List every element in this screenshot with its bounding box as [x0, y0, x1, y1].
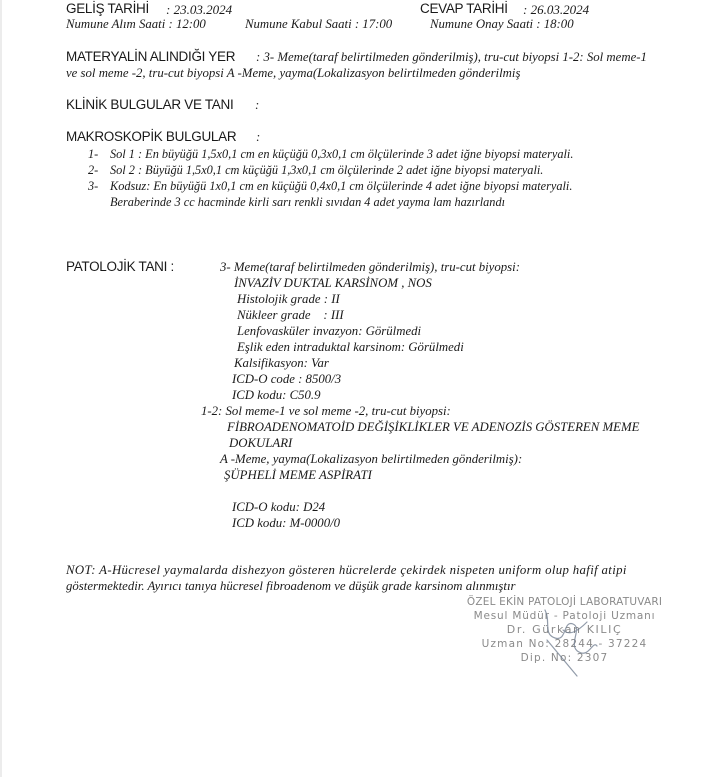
- numune-onay-saati: Numune Onay Saati : 18:00: [430, 17, 574, 32]
- materyal-label: MATERYALİN ALINDIĞI YER: [66, 49, 235, 64]
- diagnosis-line: A -Meme, yayma(Lokalizasyon belirtilmede…: [220, 452, 522, 467]
- item-number: 3-: [88, 179, 110, 194]
- note-line-1: NOT: A-Hücresel yaymalarda dishezyon gös…: [66, 563, 627, 578]
- makroskopik-colon: :: [256, 130, 260, 145]
- numune-alim-saati: Numune Alım Saati : 12:00: [66, 17, 206, 32]
- klinik-bulgular-value: :: [255, 98, 259, 113]
- makroskopik-item: 3-Kodsuz: En büyüğü 1x0,1 cm en küçüğü 0…: [88, 179, 572, 194]
- icd-o-kodu: ICD-O kodu: D24: [232, 500, 325, 515]
- item-text: Sol 2 : Büyüğü 1,5x0,1 cm küçüğü 1,3x0,1…: [110, 163, 543, 177]
- stamp-doctor-name: Dr. Gürkan KILIÇ: [457, 623, 672, 637]
- diagnosis-line: Nükleer grade : III: [237, 308, 344, 323]
- diagnosis-line: 3- Meme(taraf belirtilmeden gönderilmiş)…: [220, 260, 520, 275]
- diagnosis-line: FİBROADENOMATOİD DEĞİŞİKLİKLER VE ADENOZ…: [227, 420, 639, 435]
- cevap-tarihi-label: CEVAP TARİHİ: [420, 1, 508, 16]
- materyal-line-2: ve sol meme -2, tru-cut biyopsi A -Meme,…: [66, 66, 520, 81]
- materyal-line-1: : 3- Meme(taraf belirtilmeden gönderilmi…: [256, 50, 647, 65]
- diagnosis-line: ICD-O code : 8500/3: [232, 372, 341, 387]
- cevap-tarihi-value: : 26.03.2024: [523, 2, 589, 18]
- item-text: Kodsuz: En büyüğü 1x0,1 cm en küçüğü 0,4…: [110, 179, 572, 193]
- stamp-lab-name: ÖZEL EKİN PATOLOJİ LABORATUVARI: [457, 595, 672, 609]
- diagnosis-line: ŞÜPHELİ MEME ASPİRATI: [224, 468, 372, 483]
- stamp-uzman-no: Uzman No: 28244 - 37224: [457, 637, 672, 651]
- gelis-tarihi-value: : 23.03.2024: [166, 2, 232, 18]
- diagnosis-line: Kalsifikasyon: Var: [234, 356, 329, 371]
- item-number: 1-: [88, 147, 110, 162]
- diagnosis-line: DOKULARI: [229, 436, 292, 451]
- patolojik-tani-label: PATOLOJİK TANI :: [66, 259, 174, 274]
- makroskopik-continuation: Beraberinde 3 cc hacminde kirli sarı ren…: [110, 195, 505, 210]
- makroskopik-label: MAKROSKOPİK BULGULAR: [66, 129, 236, 144]
- diagnosis-line: 1-2: Sol meme-1 ve sol meme -2, tru-cut …: [201, 404, 451, 419]
- diagnosis-line: Eşlik eden intraduktal karsinom: Görülme…: [237, 340, 464, 355]
- klinik-bulgular-label: KLİNİK BULGULAR VE TANI: [66, 97, 233, 112]
- icd-kodu: ICD kodu: M-0000/0: [232, 516, 340, 531]
- stamp-diploma-no: Dip. No: 2307: [457, 651, 672, 665]
- gelis-tarihi-label: GELİŞ TARİHİ: [66, 1, 149, 16]
- makroskopik-item: 1-Sol 1 : En büyüğü 1,5x0,1 cm en küçüğü…: [88, 147, 573, 162]
- numune-kabul-saati: Numune Kabul Saati : 17:00: [245, 17, 392, 32]
- item-number: 2-: [88, 163, 110, 178]
- pathology-report-page: GELİŞ TARİHİ : 23.03.2024 CEVAP TARİHİ :…: [0, 0, 720, 777]
- diagnosis-line: İNVAZİV DUKTAL KARSİNOM , NOS: [234, 276, 432, 291]
- stamp-title: Mesul Müdür - Patoloji Uzmanı: [457, 609, 672, 623]
- diagnosis-line: ICD kodu: C50.9: [232, 388, 321, 403]
- item-text: Sol 1 : En büyüğü 1,5x0,1 cm en küçüğü 0…: [110, 147, 573, 161]
- laboratory-stamp: ÖZEL EKİN PATOLOJİ LABORATUVARI Mesul Mü…: [457, 595, 672, 665]
- diagnosis-line: Lenfovasküler invazyon: Görülmedi: [237, 324, 421, 339]
- makroskopik-item: 2-Sol 2 : Büyüğü 1,5x0,1 cm küçüğü 1,3x0…: [88, 163, 543, 178]
- note-line-2: göstermektedir. Ayırıcı tanıya hücresel …: [66, 579, 516, 594]
- diagnosis-line: Histolojik grade : II: [237, 292, 340, 307]
